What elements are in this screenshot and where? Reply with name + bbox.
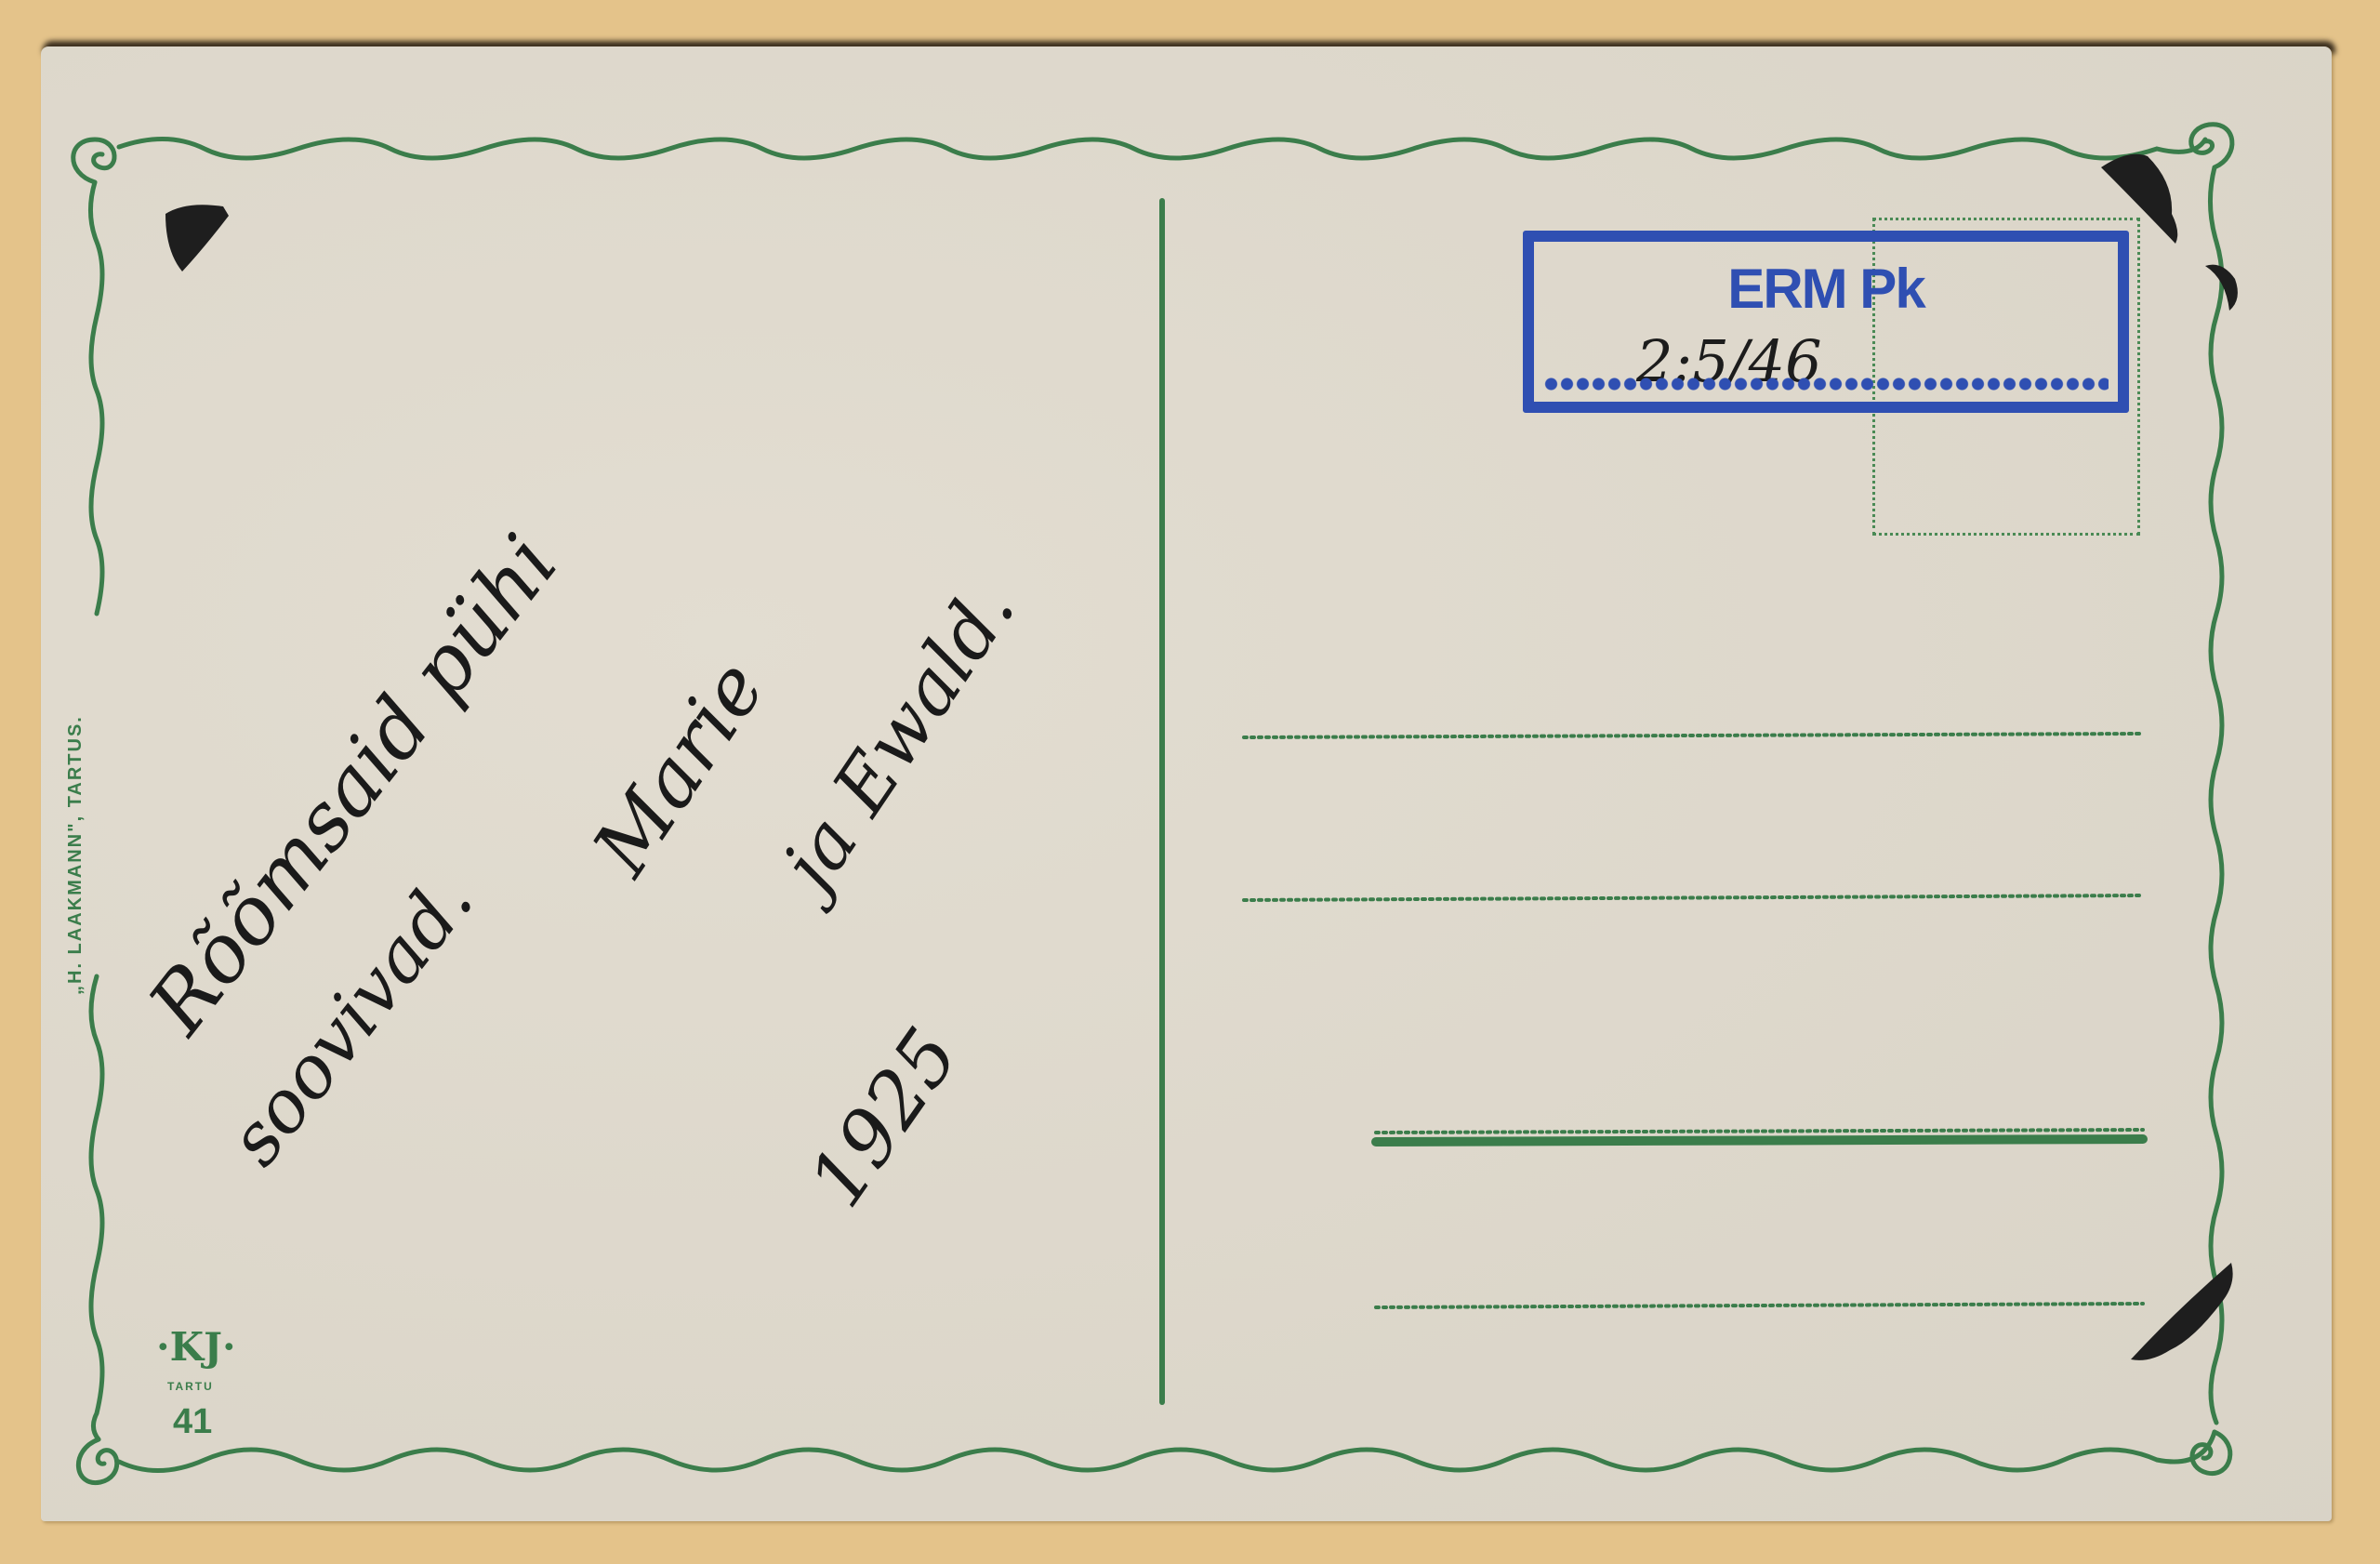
logo-city: TARTU <box>167 1380 214 1393</box>
archive-stamp: ERM Pk 2:5/46 <box>1523 231 2129 413</box>
mount-corner-top-left <box>165 205 229 272</box>
card-number: 41 <box>173 1402 212 1442</box>
publisher-imprint: „H. LAAKMANN", TARTUS. <box>65 716 86 995</box>
publisher-logo: ·KJ· <box>156 1324 236 1370</box>
archive-stamp-dotted-line <box>1543 378 2109 391</box>
archive-stamp-title: ERM Pk <box>1534 257 2118 321</box>
